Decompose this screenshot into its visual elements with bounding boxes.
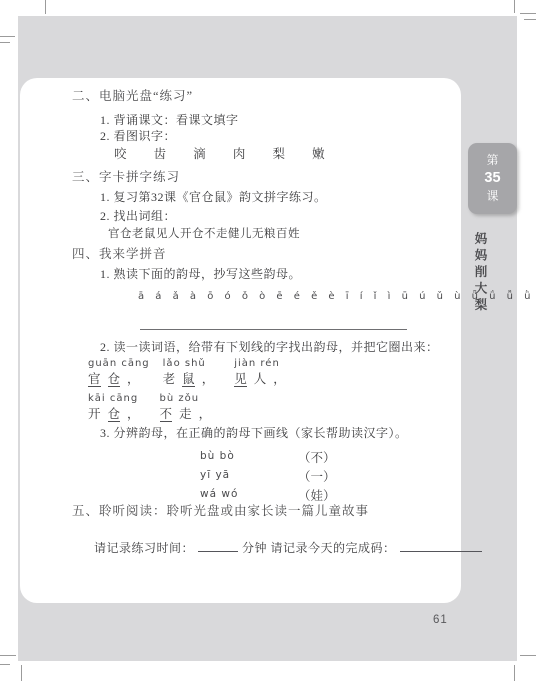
word-group: lǎo shǔ老鼠，: [163, 358, 222, 387]
vowel-row: ā á ǎ à ō ó ǒ ò ē é ě è ī í ǐ ì ū ú ǔ ù …: [138, 290, 535, 303]
word-group: jiàn rén见人，: [234, 358, 293, 387]
section4-heading: 四、我来学拼音: [72, 248, 167, 261]
word-group-row-2: kāi cāng开仓，bù zǒu不走，: [88, 393, 231, 422]
record-time-blank: [198, 540, 238, 552]
crop-mark-top-left-v: [45, 0, 46, 14]
crop-mark-bottom-right-v: [514, 665, 515, 681]
crop-mark-top-right-h: [520, 13, 536, 14]
word-group: guān cāng官仓，: [88, 358, 150, 387]
crop-mark-top-left-h2: [0, 42, 10, 43]
choice1-answer: （不）: [298, 448, 336, 466]
section2-character-row: 咬 齿 滴 肉 梨 嫩: [114, 148, 337, 161]
scanned-workbook-page: 第 35 课 妈妈削大梨 61 二、电脑光盘“练习” 1. 背诵课文：看课文填字…: [0, 0, 536, 681]
section3-item2: 2. 找出词组：: [100, 210, 176, 223]
section2-item2: 2. 看图识字：: [100, 130, 176, 143]
choice1-pinyin: bù bò: [200, 450, 235, 462]
crop-mark-bottom-right-h: [520, 655, 536, 656]
word-group-hanzi: 开仓，: [88, 407, 147, 422]
section4-item3: 3. 分辨韵母，在正确的韵母下画线（家长帮助读汉字）。: [100, 427, 408, 440]
section5-heading: 五、聆听阅读：聆听光盘或由家长读一篇儿童故事: [72, 505, 369, 518]
page-number: 61: [433, 614, 448, 626]
word-group-pinyin: lǎo shǔ: [163, 358, 222, 369]
section3-heading: 三、字卡拼字练习: [72, 171, 180, 184]
underlined-char: 鼠: [182, 372, 195, 387]
word-group-hanzi: 见人，: [234, 372, 293, 387]
section3-item1: 1. 复习第32课《官仓鼠》韵文拼字练习。: [100, 191, 327, 204]
tab-lesson-number: 35: [484, 169, 500, 188]
choice3-answer: （娃）: [298, 486, 336, 504]
section3-phrase-row: 官仓老鼠见人开仓不走健儿无粮百姓: [108, 228, 300, 241]
record-code-label: 分钟 请记录今天的完成码：: [242, 541, 396, 555]
word-group-hanzi: 不走，: [160, 407, 219, 422]
word-group-pinyin: bù zǒu: [160, 393, 219, 404]
section4-item1: 1. 熟读下面的韵母，抄写这些韵母。: [100, 268, 301, 281]
word-group-pinyin: jiàn rén: [234, 358, 293, 369]
crop-mark-bottom-left-h2: [0, 664, 10, 665]
tab-char-top: 第: [486, 152, 498, 169]
choice2-answer: （一）: [298, 467, 336, 485]
crop-mark-top-left-h: [0, 36, 15, 37]
underlined-char: 不: [160, 407, 173, 422]
section2-heading: 二、电脑光盘“练习”: [72, 90, 193, 103]
crop-mark-bottom-left-v: [21, 665, 22, 681]
crop-mark-top-right-v: [514, 0, 515, 13]
crop-mark-top-right-h2: [524, 19, 536, 20]
word-group: bù zǒu不走，: [160, 393, 219, 422]
underlined-char: 仓: [108, 407, 121, 422]
copy-practice-line: [140, 329, 407, 330]
record-code-blank: [400, 540, 482, 552]
section2-item1: 1. 背诵课文：看课文填字: [100, 114, 239, 127]
lesson-number-tab: 第 35 课: [468, 143, 517, 214]
crop-mark-bottom-left-h: [0, 655, 16, 656]
underlined-char: 官: [88, 372, 101, 387]
record-time-label: 请记录练习时间：: [94, 541, 194, 555]
underlined-char: 见: [234, 372, 247, 387]
underlined-char: 仓: [108, 372, 121, 387]
word-group-hanzi: 老鼠，: [163, 372, 222, 387]
record-line: 请记录练习时间：分钟 请记录今天的完成码：: [94, 540, 482, 555]
word-group-pinyin: kāi cāng: [88, 393, 147, 404]
word-group: kāi cāng开仓，: [88, 393, 147, 422]
choice3-pinyin: wá wó: [200, 488, 238, 500]
word-group-row-1: guān cāng官仓，lǎo shǔ老鼠，jiàn rén见人，: [88, 358, 306, 387]
word-group-hanzi: 官仓，: [88, 372, 150, 387]
section4-item2: 2. 读一读词语，给带有下划线的字找出韵母，并把它圈出来：: [100, 341, 439, 354]
word-group-pinyin: guān cāng: [88, 358, 150, 369]
tab-char-bottom: 课: [486, 188, 498, 205]
choice2-pinyin: yī yā: [200, 469, 230, 481]
